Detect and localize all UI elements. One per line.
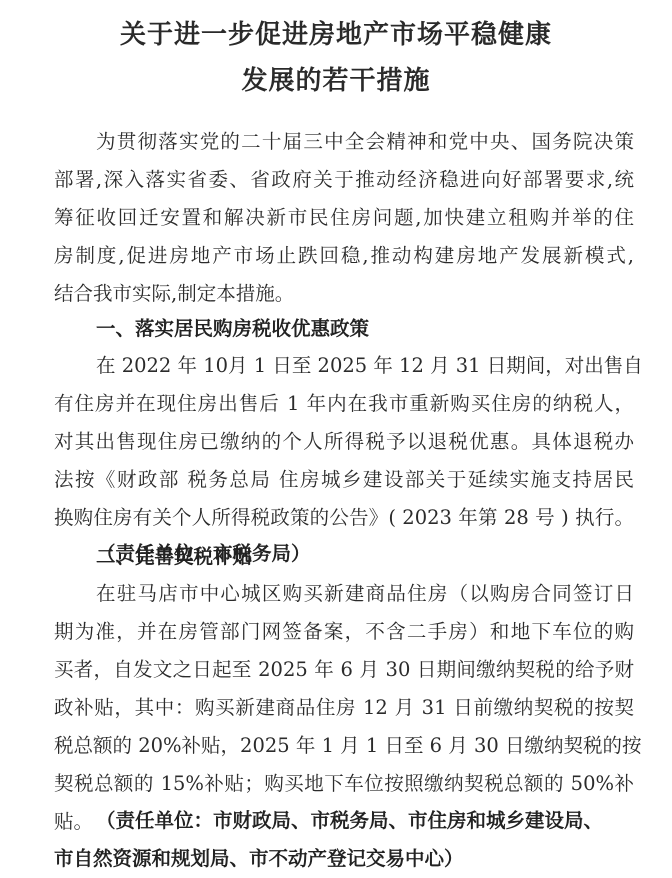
section-1-line: 在 2022 年 10月 1 日至 2025 年 12 月 31 日期间，对出售…: [96, 350, 634, 378]
section-2-responsible-unit-line-2: 市自然资源和规划局、市不动产登记交易中心）: [54, 843, 464, 871]
preamble-line: 为贯彻落实党的二十届三中全会精神和党中央、国务院决策: [96, 126, 634, 154]
section-1-line: 对其出售现住房已缴纳的个人所得税予以退税优惠。具体退税办: [54, 426, 634, 454]
section-1-line: 换购住房有关个人所得税政策的公告》( 2023 年第 28 号 ) 执行。: [54, 502, 634, 530]
section-2-line: 期为准，并在房管部门网签备案，不含二手房）和地下车位的购: [54, 616, 634, 644]
section-2-line: 在驻马店市中心城区购买新建商品住房（以购房合同签订日: [96, 578, 634, 606]
preamble-line: 房制度,促进房地产市场止跌回稳,推动构建房地产发展新模式,: [54, 240, 634, 268]
section-2-line: 契税总额的 15%补贴；购买地下车位按照缴纳契税总额的 50%补: [54, 768, 634, 796]
section-2-responsible-unit-line-1: （责任单位：市财政局、市税务局、市住房和城乡建设局、: [96, 805, 603, 833]
document-title-line-1: 关于进一步促进房地产市场平稳健康: [0, 14, 672, 51]
preamble-line: 结合我市实际,制定本措施。: [54, 278, 634, 306]
document-page: 关于进一步促进房地产市场平稳健康 发展的若干措施 为贯彻落实党的二十届三中全会精…: [0, 0, 672, 878]
section-2-heading: 二、完善契税补贴: [96, 541, 252, 569]
preamble-line: 部署,深入落实省委、省政府关于推动经济稳进向好部署要求,统: [54, 164, 634, 192]
section-2-line: 买者，自发文之日起至 2025 年 6 月 30 日期间缴纳契税的给予财: [54, 654, 634, 682]
section-2-line: 税总额的 20%补贴，2025 年 1 月 1 日至 6 月 30 日缴纳契税的…: [54, 730, 634, 758]
section-1-heading: 一、落实居民购房税收优惠政策: [96, 313, 369, 341]
section-1-line: 有住房并在现住房出售后 1 年内在我市重新购买住房的纳税人，: [54, 388, 634, 416]
document-title-line-2: 发展的若干措施: [0, 60, 672, 97]
section-1-line: 法按《财政部 税务总局 住房城乡建设部关于延续实施支持居民: [54, 464, 634, 492]
preamble-line: 筹征收回迁安置和解决新市民住房问题,加快建立租购并举的住: [54, 202, 634, 230]
section-2-line: 政补贴，其中：购买新建商品住房 12 月 31 日前缴纳契税的按契: [54, 692, 634, 720]
